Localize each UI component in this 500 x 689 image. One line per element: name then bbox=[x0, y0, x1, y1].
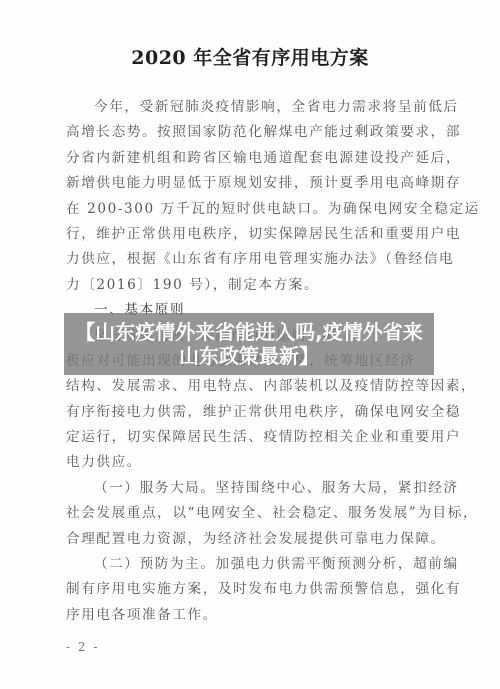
text-line: 序用电各项准备工作。 bbox=[66, 603, 438, 628]
text-line: 制有序用电实施方案，及时发布电力供需预警信息，强化有 bbox=[66, 577, 438, 602]
text-line: 结构、发展需求、用电特点、内部装机以及疫情防控等因素， bbox=[66, 374, 438, 399]
text-line: （一）服务大局。坚持围绕中心、服务大局，紧扣经济 bbox=[66, 476, 438, 501]
text-line: 社会发展重点，以“电网安全、社会稳定、服务发展”为目标， bbox=[66, 501, 438, 526]
text-line: 行，维护正常供用电秩序，切实保障居民生活和重要用户电 bbox=[66, 222, 438, 247]
text-line: 有序衔接电力供需，维护正常供用电秩序，确保电网安全稳 bbox=[66, 400, 438, 425]
headline-text: 【山东疫情外来省能进入吗,疫情外省来山东政策最新】 bbox=[69, 320, 429, 368]
document-title: 2020 年全省有序用电方案 bbox=[0, 43, 500, 70]
document-page: 2020 年全省有序用电方案 今年，受新冠肺炎疫情影响，全省电力需求将呈前低后 … bbox=[0, 0, 500, 689]
text-line: 电力供应。 bbox=[66, 450, 438, 475]
text-line: 定运行，切实保障居民生活、疫情防控相关企业和重要用户 bbox=[66, 425, 438, 450]
headline-overlay-banner: 【山东疫情外来省能进入吗,疫情外省来山东政策最新】 bbox=[64, 313, 434, 375]
page-number: - 2 - bbox=[66, 640, 99, 654]
text-line: 高增长态势。按照国家防范化解煤电产能过剩政策要求，部 bbox=[66, 120, 438, 145]
text-line: （二）预防为主。加强电力供需平衡预测分析，超前编 bbox=[66, 552, 438, 577]
text-line: 合理配置电力资源，为经济社会发展提供可靠电力保障。 bbox=[66, 527, 438, 552]
text-line: 新增供电能力明显低于原规划安排，预计夏季用电高峰期存 bbox=[66, 171, 438, 196]
text-line: 在 200-300 万千瓦的短时供电缺口。为确保电网安全稳定运 bbox=[66, 197, 438, 222]
text-line: 分省内新建机组和跨省区输电通道配套电源建设投产延后， bbox=[66, 146, 438, 171]
text-line: 今年，受新冠肺炎疫情影响，全省电力需求将呈前低后 bbox=[66, 95, 438, 120]
text-line: 力〔2016〕190 号），制定本方案。 bbox=[66, 273, 438, 298]
text-line: 力供应，根据《山东省有序用电管理实施办法》（鲁经信电 bbox=[66, 247, 438, 272]
